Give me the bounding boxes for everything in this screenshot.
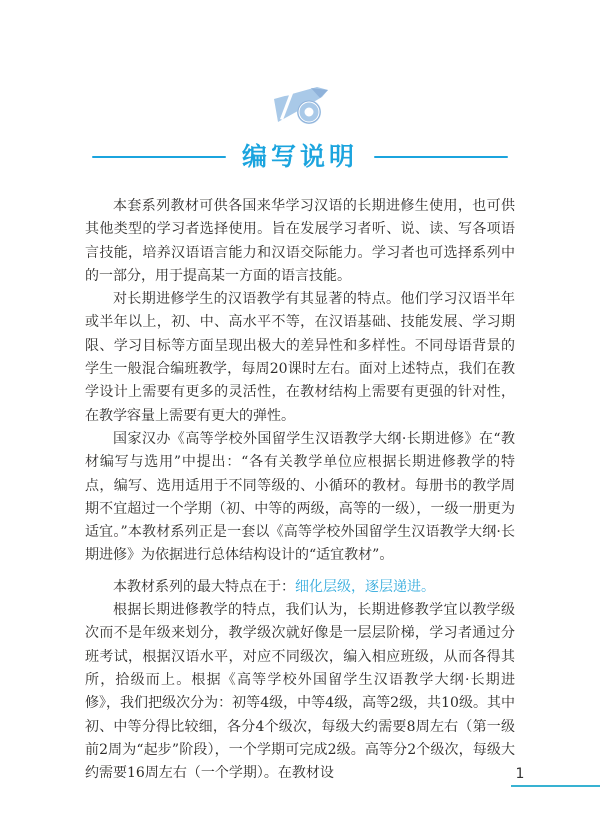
title-rule-left (92, 156, 226, 158)
document-page: 编写说明 本套系列教材可供各国来华学习汉语的长期进修生使用，也可供其他类型的学习… (0, 0, 600, 838)
feature-statement: 本教材系列的最大特点在于：细化层级，逐层递进。 (85, 576, 515, 599)
page-number: 1 (510, 766, 530, 782)
paragraph-syllabus-quote: 国家汉办《高等学校外国留学生汉语教学大纲·长期进修》在“教材编写与选用”中提出：… (85, 428, 515, 568)
paragraph-characteristics: 对长期进修学生的汉语教学有其显著的特点。他们学习汉语半年或半年以上，初、中、高水… (85, 288, 515, 428)
brush-banner-10-icon (267, 84, 333, 128)
paragraph-intro: 本套系列教材可供各国来华学习汉语的长期进修生使用，也可供其他类型的学习者选择使用… (85, 195, 515, 288)
feature-prefix: 本教材系列的最大特点在于： (113, 579, 295, 595)
section-title-row: 编写说明 (92, 142, 508, 172)
feature-emphasis: 细化层级，逐层递进。 (295, 579, 435, 595)
paragraph-levels: 根据长期进修教学的特点，我们认为，长期进修教学宜以教学级次而不是年级来划分，教学… (85, 599, 515, 785)
footer-rule (511, 785, 600, 787)
body-text: 本套系列教材可供各国来华学习汉语的长期进修生使用，也可供其他类型的学习者选择使用… (85, 195, 515, 785)
page-title: 编写说明 (242, 142, 358, 172)
title-rule-right (374, 156, 508, 158)
